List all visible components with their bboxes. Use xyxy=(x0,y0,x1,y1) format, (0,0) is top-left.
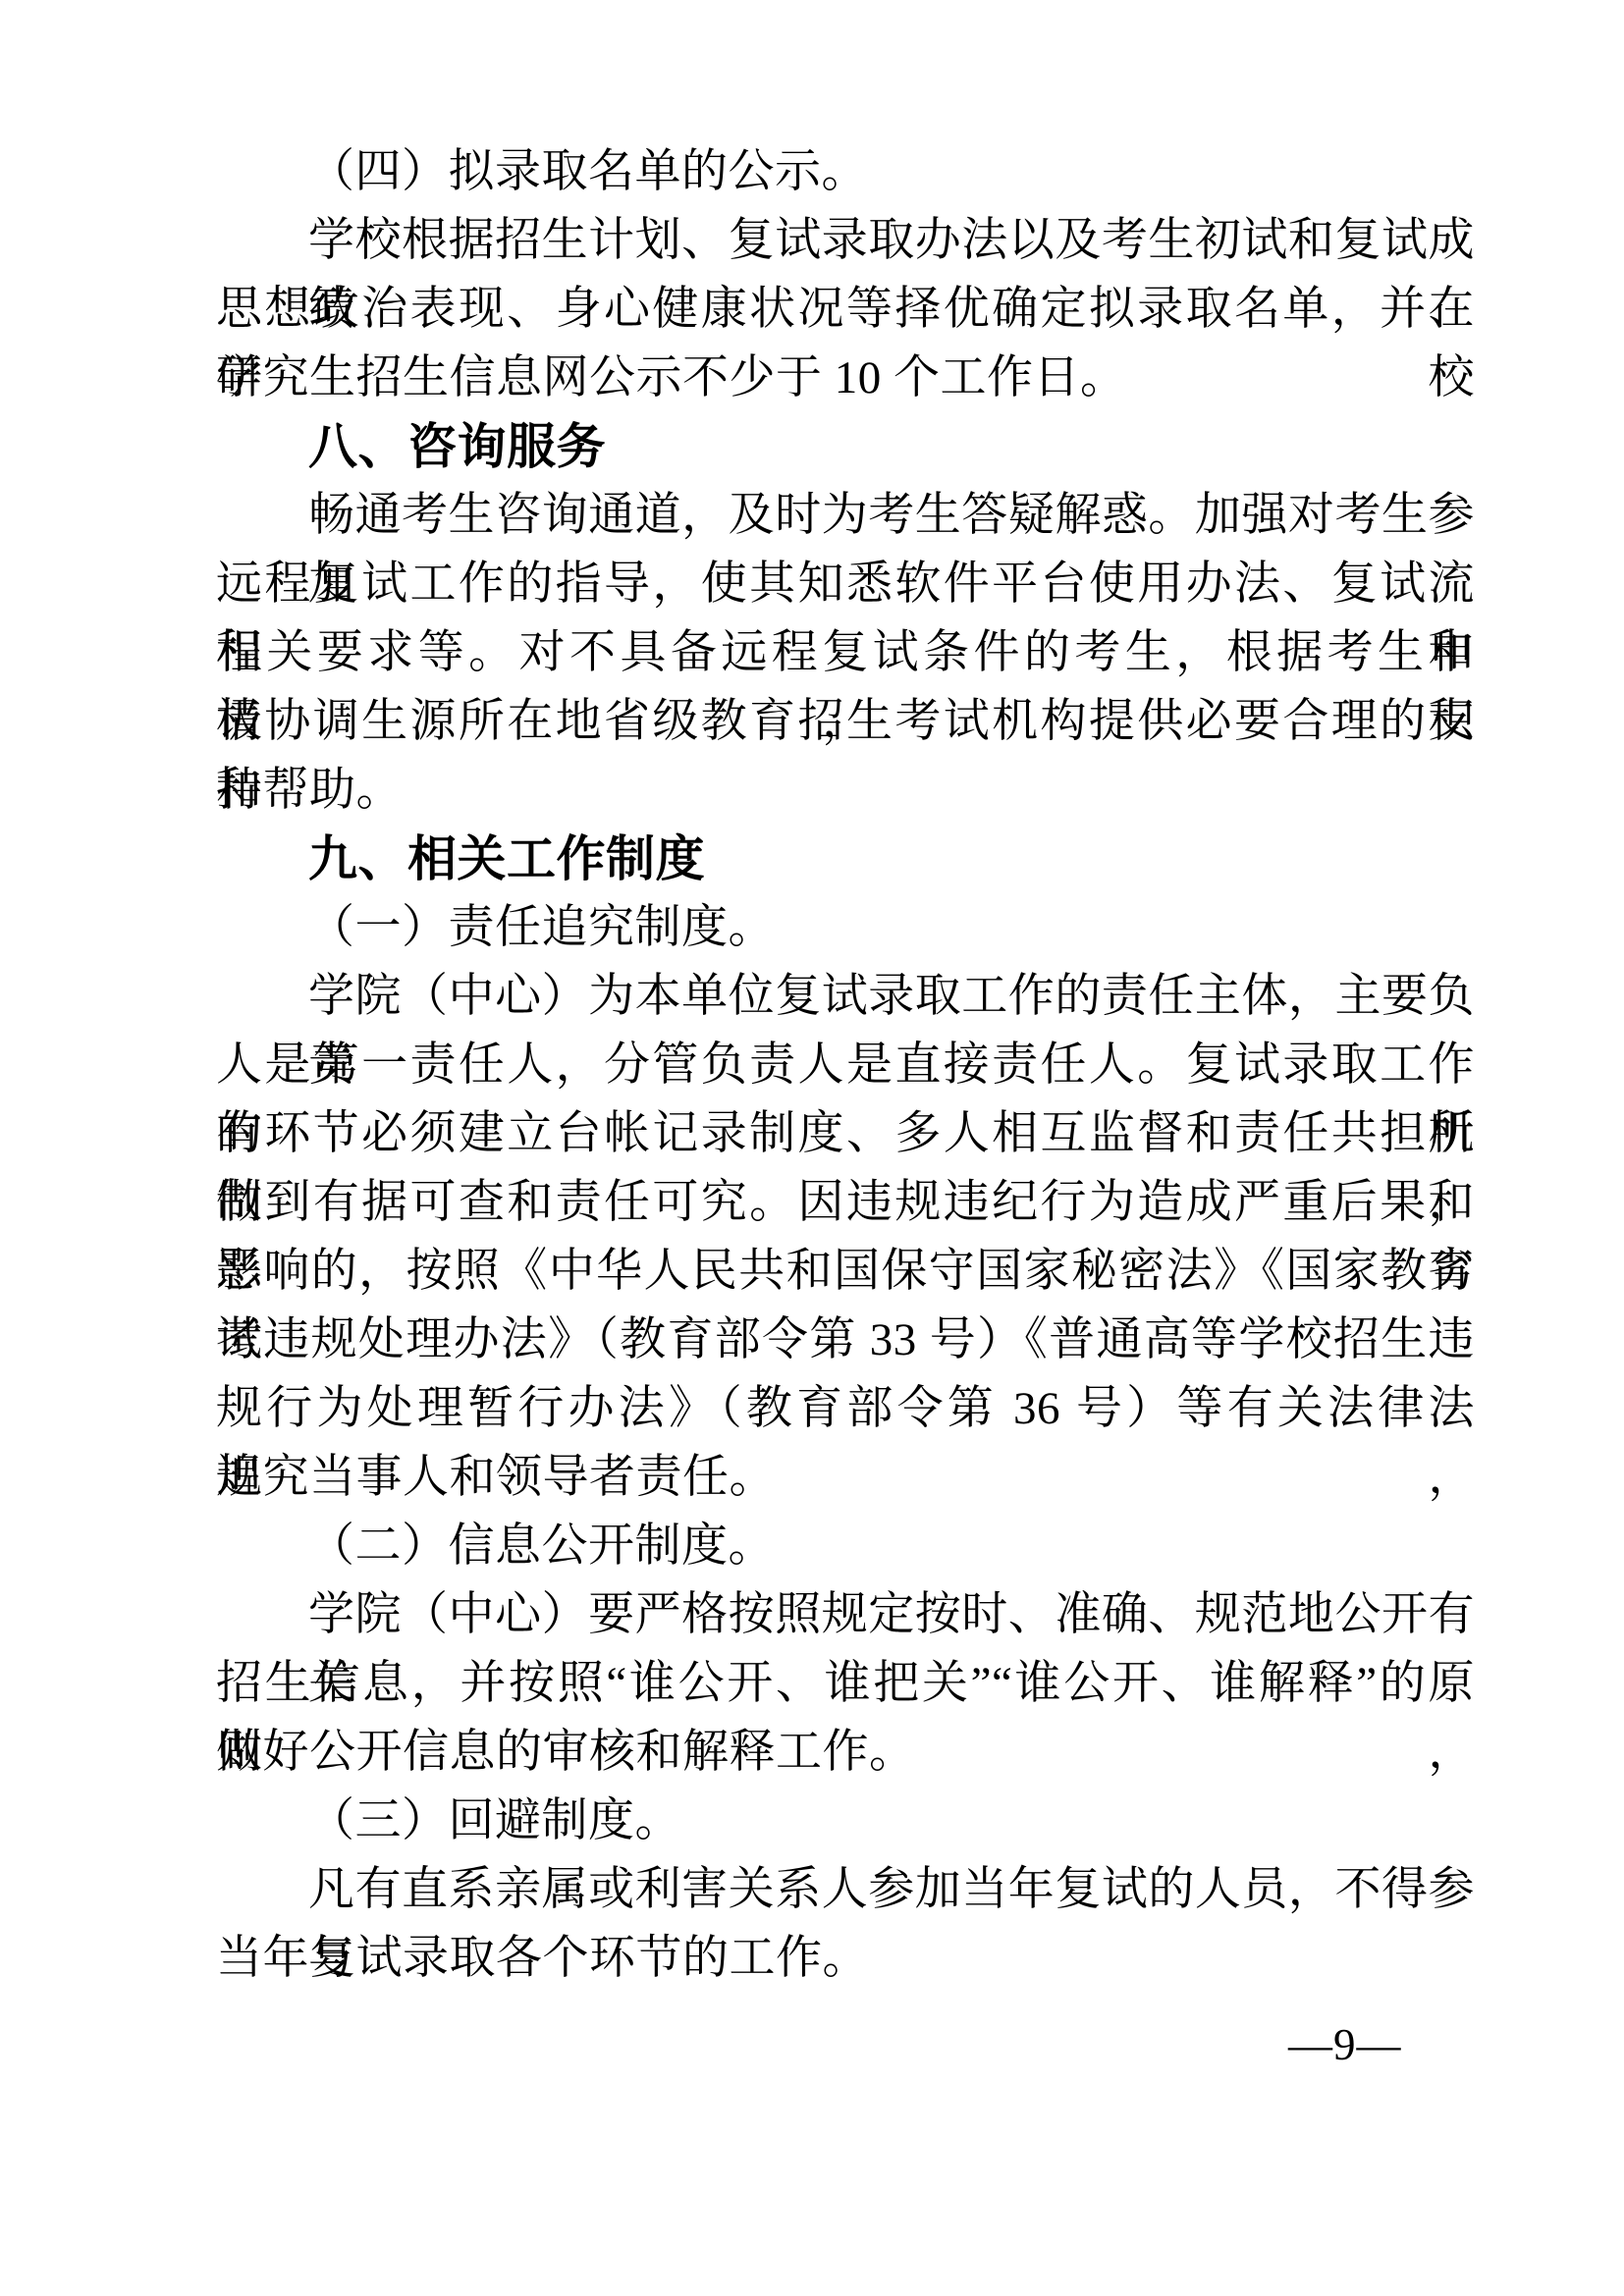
paragraph-line: 学院（中心）要严格按照规定按时、准确、规范地公开有关 xyxy=(216,1580,1475,1649)
paragraph-line: 规行为处理暂行办法》（教育部令第 36 号）等有关法律法规， xyxy=(216,1374,1475,1443)
paragraph-line: 招生信息，并按照“谁公开、谁把关”“谁公开、谁解释”的原则， xyxy=(216,1649,1475,1718)
paragraph-line: 畅通考生咨询通道，及时为考生答疑解惑。加强对考生参加 xyxy=(216,481,1475,550)
paragraph-line: 当年复试录取各个环节的工作。 xyxy=(216,1924,1475,1993)
paragraph-line: 学校根据招生计划、复试录取办法以及考生初试和复试成绩、 xyxy=(216,206,1475,275)
section-heading: 八、咨询服务 xyxy=(216,412,1475,481)
document-body: （四）拟录取名单的公示。 学校根据招生计划、复试录取办法以及考生初试和复试成绩、… xyxy=(216,137,1475,1993)
section-subheading: （四）拟录取名单的公示。 xyxy=(216,137,1475,206)
section-subheading: （二）信息公开制度。 xyxy=(216,1512,1475,1580)
section-heading: 九、相关工作制度 xyxy=(216,825,1475,893)
paragraph-line: 学院（中心）为本单位复试录取工作的责任主体，主要负责 xyxy=(216,962,1475,1031)
paragraph-line: 凡有直系亲属或利害关系人参加当年复试的人员，不得参与 xyxy=(216,1855,1475,1924)
paragraph-line: 影响的，按照《中华人民共和国保守国家秘密法》《国家教育考 xyxy=(216,1237,1475,1306)
document-page: { "page": { "background": "#ffffff", "te… xyxy=(0,0,1624,2296)
section-subheading: （三）回避制度。 xyxy=(216,1787,1475,1855)
paragraph-line: 极协调生源所在地省级教育招生考试机构提供必要合理的支持 xyxy=(216,687,1475,756)
paragraph-line: 做到有据可查和责任可究。因违规违纪行为造成严重后果和恶劣 xyxy=(216,1168,1475,1237)
paragraph-line: 思想政治表现、身心健康状况等择优确定拟录取名单，并在学校 xyxy=(216,275,1475,344)
page-number: —9— xyxy=(1288,2020,1402,2069)
paragraph-line: 试违规处理办法》（教育部令第 33 号）《普通高等学校招生违 xyxy=(216,1306,1475,1374)
paragraph-line: 相关要求等。对不具备远程复试条件的考生，根据考生申请，积 xyxy=(216,618,1475,687)
paragraph-line: 人是第一责任人，分管负责人是直接责任人。复试录取工作的所 xyxy=(216,1031,1475,1099)
paragraph-line: 远程复试工作的指导，使其知悉软件平台使用办法、复试流程和 xyxy=(216,550,1475,618)
paragraph-line: 有环节必须建立台帐记录制度、多人相互监督和责任共担机制， xyxy=(216,1099,1475,1168)
paragraph-line: 和帮助。 xyxy=(216,756,1475,825)
section-subheading: （一）责任追究制度。 xyxy=(216,893,1475,962)
